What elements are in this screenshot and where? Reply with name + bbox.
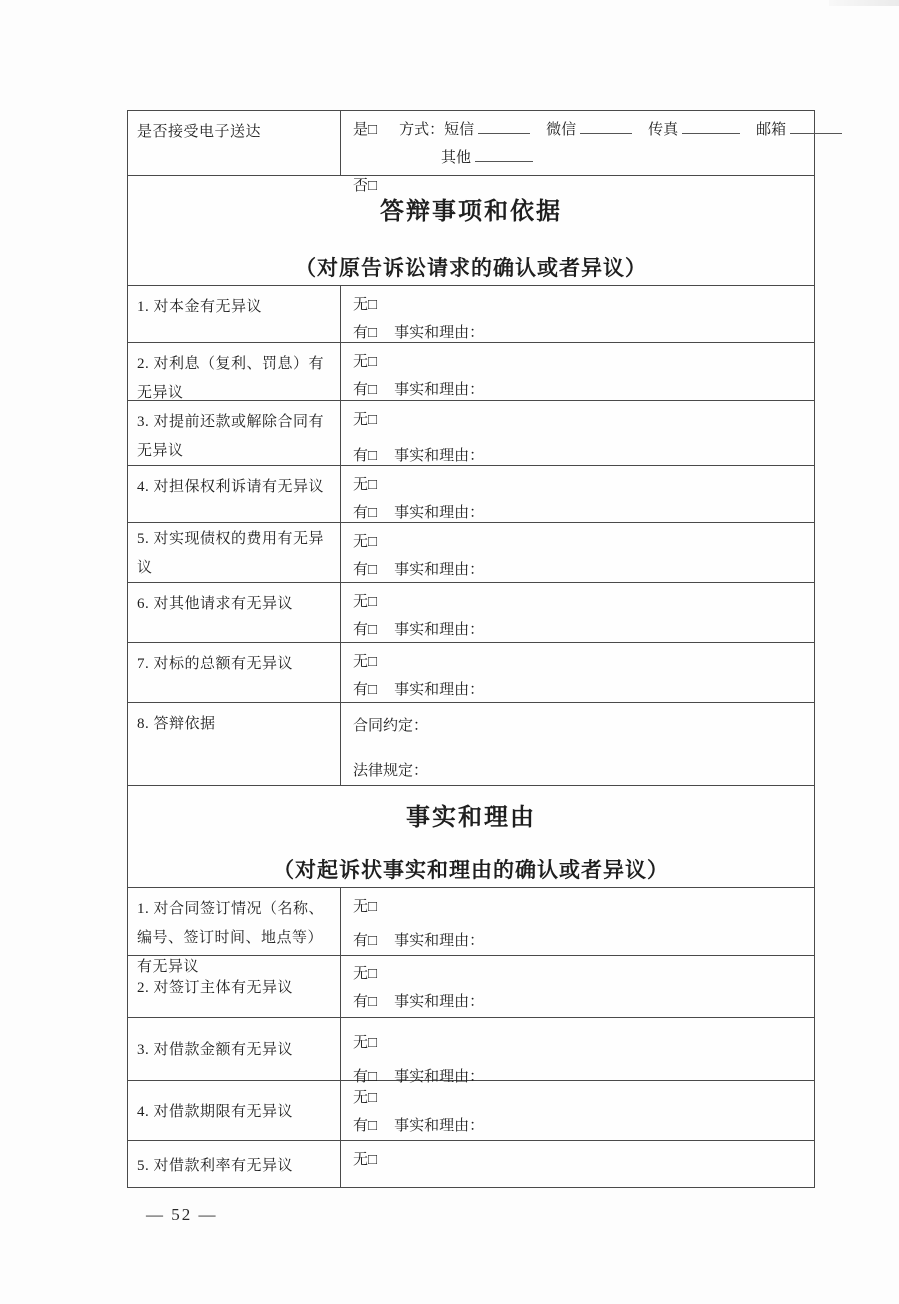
row-answer: 无□ 有□事实和理由： bbox=[341, 286, 814, 342]
fax-label: 传真 bbox=[648, 122, 678, 138]
delivery-yes-line: 是□方式：短信微信传真邮箱 bbox=[353, 116, 846, 144]
facts-label: 事实和理由： bbox=[394, 382, 484, 398]
section1-subtitle: （对原告诉讼请求的确认或者异议） bbox=[128, 252, 814, 282]
section1-header-row: 答辩事项和依据 （对原告诉讼请求的确认或者异议） bbox=[128, 176, 814, 286]
yes-checkbox: 有□ bbox=[353, 994, 377, 1010]
no-checkbox: 无□ bbox=[353, 477, 377, 493]
row-answer: 无□ 有□事实和理由： bbox=[341, 343, 814, 400]
row-answer: 无□ 有□事实和理由： bbox=[341, 401, 814, 465]
row-answer: 无□ 有□事实和理由： bbox=[341, 888, 814, 955]
other-blank-field bbox=[475, 149, 533, 162]
table-row-electronic-delivery: 是否接受电子送达 是□方式：短信微信传真邮箱 其他 否□ bbox=[128, 111, 814, 176]
row-answer: 无□ bbox=[341, 1141, 814, 1187]
row-label: 1. 对本金有无异议 bbox=[128, 286, 341, 342]
no-checkbox: 无□ bbox=[353, 966, 377, 982]
no-checkbox: 无□ bbox=[353, 594, 377, 610]
yes-checkbox: 有□ bbox=[353, 325, 377, 341]
table-row-s2-5: 5. 对借款利率有无异议 无□ bbox=[128, 1141, 814, 1187]
table-row-s1-3: 3. 对提前还款或解除合同有无异议 无□ 有□事实和理由： bbox=[128, 401, 814, 466]
row-label: 8. 答辩依据 bbox=[128, 703, 341, 785]
sms-blank-field bbox=[478, 121, 530, 134]
row-label: 3. 对借款金额有无异议 bbox=[128, 1018, 341, 1080]
scan-artifact bbox=[829, 0, 899, 6]
facts-label: 事实和理由： bbox=[394, 682, 484, 698]
section2-subtitle: （对起诉状事实和理由的确认或者异议） bbox=[128, 854, 814, 884]
yes-checkbox: 有□ bbox=[353, 382, 377, 398]
no-checkbox: 无□ bbox=[353, 354, 377, 370]
yes-checkbox: 有□ bbox=[353, 505, 377, 521]
table-row-s1-7: 7. 对标的总额有无异议 无□ 有□事实和理由： bbox=[128, 643, 814, 703]
no-checkbox: 无□ bbox=[353, 534, 377, 550]
sms-label: 短信 bbox=[444, 122, 474, 138]
contract-terms-label: 合同约定： bbox=[353, 718, 428, 734]
no-checkbox: 无□ bbox=[353, 1035, 377, 1051]
row-answer: 无□ 有□事实和理由： bbox=[341, 466, 814, 522]
row-label: 5. 对实现债权的费用有无异议 bbox=[128, 523, 341, 582]
facts-label: 事实和理由： bbox=[394, 622, 484, 638]
table-row-s1-6: 6. 对其他请求有无异议 无□ 有□事实和理由： bbox=[128, 583, 814, 643]
yes-checkbox: 有□ bbox=[353, 562, 377, 578]
row-label: 4. 对担保权利诉请有无异议 bbox=[128, 466, 341, 522]
no-checkbox: 无□ bbox=[353, 297, 377, 313]
no-checkbox: 无□ bbox=[353, 412, 377, 428]
facts-label: 事实和理由： bbox=[394, 994, 484, 1010]
table-row-s1-1: 1. 对本金有无异议 无□ 有□事实和理由： bbox=[128, 286, 814, 343]
section1-header: 答辩事项和依据 （对原告诉讼请求的确认或者异议） bbox=[128, 176, 814, 285]
table-row-s2-1: 1. 对合同签订情况（名称、编号、签订时间、地点等）有无异议 无□ 有□事实和理… bbox=[128, 888, 814, 956]
facts-label: 事实和理由： bbox=[394, 505, 484, 521]
no-checkbox: 无□ bbox=[353, 654, 377, 670]
other-label: 其他 bbox=[441, 150, 471, 166]
method-label: 方式： bbox=[399, 122, 444, 138]
wechat-label: 微信 bbox=[546, 122, 576, 138]
delivery-other-line: 其他 bbox=[441, 144, 846, 172]
table-row-s1-8-basis: 8. 答辩依据 合同约定： 法律规定： bbox=[128, 703, 814, 786]
section2-header: 事实和理由 （对起诉状事实和理由的确认或者异议） bbox=[128, 786, 814, 887]
facts-label: 事实和理由： bbox=[394, 325, 484, 341]
row-label: 2. 对签订主体有无异议 bbox=[128, 956, 341, 1017]
no-checkbox: 无□ bbox=[353, 899, 377, 915]
row-label: 是否接受电子送达 bbox=[128, 111, 341, 175]
row-label: 2. 对利息（复利、罚息）有无异议 bbox=[128, 343, 341, 400]
law-provisions-label: 法律规定： bbox=[353, 763, 428, 779]
yes-checkbox: 有□ bbox=[353, 1118, 377, 1134]
yes-checkbox: 有□ bbox=[353, 933, 377, 949]
yes-checkbox: 是□ bbox=[353, 122, 377, 138]
table-row-s1-2: 2. 对利息（复利、罚息）有无异议 无□ 有□事实和理由： bbox=[128, 343, 814, 401]
facts-label: 事实和理由： bbox=[394, 933, 484, 949]
row-label: 3. 对提前还款或解除合同有无异议 bbox=[128, 401, 341, 465]
row-answer: 无□ 有□事实和理由： bbox=[341, 583, 814, 642]
table-row-s1-4: 4. 对担保权利诉请有无异议 无□ 有□事实和理由： bbox=[128, 466, 814, 523]
row-answer: 无□ 有□事实和理由： bbox=[341, 523, 814, 582]
row-label: 5. 对借款利率有无异议 bbox=[128, 1141, 341, 1187]
row-answer: 合同约定： 法律规定： bbox=[341, 703, 814, 785]
row-label: 4. 对借款期限有无异议 bbox=[128, 1081, 341, 1140]
no-checkbox: 无□ bbox=[353, 1152, 377, 1168]
row-answer: 无□ 有□事实和理由： bbox=[341, 1018, 814, 1080]
section2-title: 事实和理由 bbox=[128, 797, 814, 832]
yes-checkbox: 有□ bbox=[353, 622, 377, 638]
no-checkbox: 无□ bbox=[353, 1090, 377, 1106]
section1-title: 答辩事项和依据 bbox=[128, 191, 814, 226]
yes-checkbox: 有□ bbox=[353, 682, 377, 698]
table-row-s2-3: 3. 对借款金额有无异议 无□ 有□事实和理由： bbox=[128, 1018, 814, 1081]
page-number: — 52 — bbox=[146, 1205, 218, 1225]
row-answer: 无□ 有□事实和理由： bbox=[341, 1081, 814, 1140]
email-blank-field bbox=[790, 121, 842, 134]
table-row-s2-4: 4. 对借款期限有无异议 无□ 有□事实和理由： bbox=[128, 1081, 814, 1141]
facts-label: 事实和理由： bbox=[394, 562, 484, 578]
row-answer: 无□ 有□事实和理由： bbox=[341, 956, 814, 1017]
facts-label: 事实和理由： bbox=[394, 448, 484, 464]
row-label: 7. 对标的总额有无异议 bbox=[128, 643, 341, 702]
email-label: 邮箱 bbox=[756, 122, 786, 138]
table-row-s2-2: 2. 对签订主体有无异议 无□ 有□事实和理由： bbox=[128, 956, 814, 1018]
wechat-blank-field bbox=[580, 121, 632, 134]
defense-form-table: 是否接受电子送达 是□方式：短信微信传真邮箱 其他 否□ 答辩事项和依据 （对原… bbox=[127, 110, 815, 1188]
yes-checkbox: 有□ bbox=[353, 448, 377, 464]
delivery-options: 是□方式：短信微信传真邮箱 其他 否□ bbox=[341, 111, 854, 175]
section2-header-row: 事实和理由 （对起诉状事实和理由的确认或者异议） bbox=[128, 786, 814, 888]
facts-label: 事实和理由： bbox=[394, 1118, 484, 1134]
row-label: 1. 对合同签订情况（名称、编号、签订时间、地点等）有无异议 bbox=[128, 888, 341, 955]
row-label: 6. 对其他请求有无异议 bbox=[128, 583, 341, 642]
fax-blank-field bbox=[682, 121, 740, 134]
table-row-s1-5: 5. 对实现债权的费用有无异议 无□ 有□事实和理由： bbox=[128, 523, 814, 583]
row-answer: 无□ 有□事实和理由： bbox=[341, 643, 814, 702]
